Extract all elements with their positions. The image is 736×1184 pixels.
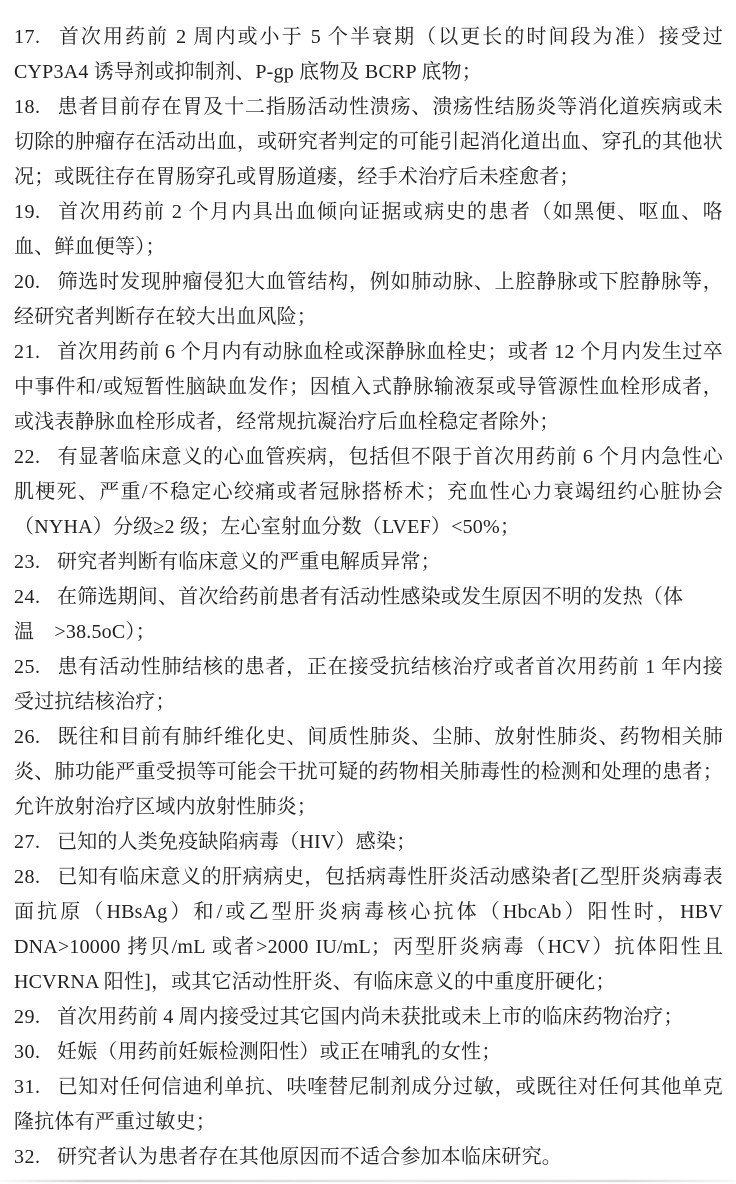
list-item: 24.在筛选期间、首次给药前患者有活动性感染或发生原因不明的发热（体 温 >38… [14, 580, 723, 650]
item-number: 25. [14, 650, 57, 685]
item-number: 31. [14, 1070, 57, 1105]
item-text: 首次用药前 2 个月内具出血倾向证据或病史的患者（如黑便、呕血、咯血、鲜血便等）… [14, 201, 723, 258]
item-text: 在筛选期间、首次给药前患者有活动性感染或发生原因不明的发热（体 温 >38.5o… [14, 586, 683, 643]
item-number: 20. [14, 265, 57, 300]
item-text: 研究者认为患者存在其他原因而不适合参加本临床研究。 [57, 1146, 562, 1168]
item-text: 患有活动性肺结核的患者，正在接受抗结核治疗或者首次用药前 1 年内接受过抗结核治… [14, 656, 723, 713]
item-text: 首次用药前 2 周内或小于 5 个半衰期（以更长的时间段为准）接受过 CYP3A… [14, 26, 728, 83]
item-text: 既往和目前有肺纤维化史、间质性肺炎、尘肺、放射性肺炎、药物相关肺炎、肺功能严重受… [14, 726, 723, 818]
item-number: 22. [14, 440, 57, 475]
criteria-list: 17.首次用药前 2 周内或小于 5 个半衰期（以更长的时间段为准）接受过 CY… [14, 20, 723, 1175]
item-text: 有显著临床意义的心血管疾病，包括但不限于首次用药前 6 个月内急性心肌梗死、严重… [14, 446, 723, 538]
item-number: 19. [14, 195, 57, 230]
list-item: 30.妊娠（用药前妊娠检测阳性）或正在哺乳的女性； [14, 1035, 723, 1070]
item-number: 18. [14, 90, 57, 125]
item-number: 26. [14, 720, 57, 755]
list-item: 23.研究者判断有临床意义的严重电解质异常； [14, 545, 723, 580]
document-page: 17.首次用药前 2 周内或小于 5 个半衰期（以更长的时间段为准）接受过 CY… [0, 0, 736, 1184]
item-text: 首次用药前 6 个月内有动脉血栓或深静脉血栓史；或者 12 个月内发生过卒中事件… [14, 341, 723, 433]
list-item: 27.已知的人类免疫缺陷病毒（HIV）感染； [14, 825, 723, 860]
item-number: 23. [14, 545, 57, 580]
item-number: 21. [14, 335, 57, 370]
list-item: 19.首次用药前 2 个月内具出血倾向证据或病史的患者（如黑便、呕血、咯血、鲜血… [14, 195, 723, 265]
item-number: 30. [14, 1035, 57, 1070]
item-text: 已知对任何信迪利单抗、呋喹替尼制剂成分过敏，或既往对任何其他单克隆抗体有严重过敏… [14, 1076, 723, 1133]
item-text: 患者目前存在胃及十二指肠活动性溃疡、溃疡性结肠炎等消化道疾病或未切除的肿瘤存在活… [14, 96, 723, 188]
item-text: 已知的人类免疫缺陷病毒（HIV）感染； [57, 831, 416, 853]
item-text: 筛选时发现肿瘤侵犯大血管结构，例如肺动脉、上腔静脉或下腔静脉等，经研究者判断存在… [14, 271, 723, 328]
item-number: 32. [14, 1140, 57, 1175]
scan-artifact-bottom-edge [0, 1180, 736, 1182]
item-number: 27. [14, 825, 57, 860]
list-item: 28.已知有临床意义的肝病病史，包括病毒性肝炎活动感染者[乙型肝炎病毒表面抗原（… [14, 860, 723, 1000]
item-number: 28. [14, 860, 57, 895]
list-item: 26.既往和目前有肺纤维化史、间质性肺炎、尘肺、放射性肺炎、药物相关肺炎、肺功能… [14, 720, 723, 825]
list-item: 32.研究者认为患者存在其他原因而不适合参加本临床研究。 [14, 1140, 723, 1175]
list-item: 17.首次用药前 2 周内或小于 5 个半衰期（以更长的时间段为准）接受过 CY… [14, 20, 723, 90]
item-text: 已知有临床意义的肝病病史，包括病毒性肝炎活动感染者[乙型肝炎病毒表面抗原（HBs… [14, 866, 728, 993]
list-item: 31.已知对任何信迪利单抗、呋喹替尼制剂成分过敏，或既往对任何其他单克隆抗体有严… [14, 1070, 723, 1140]
item-text: 首次用药前 4 周内接受过其它国内尚未获批或未上市的临床药物治疗； [57, 1006, 684, 1028]
list-item: 18.患者目前存在胃及十二指肠活动性溃疡、溃疡性结肠炎等消化道疾病或未切除的肿瘤… [14, 90, 723, 195]
list-item: 29.首次用药前 4 周内接受过其它国内尚未获批或未上市的临床药物治疗； [14, 1000, 723, 1035]
item-text: 妊娠（用药前妊娠检测阳性）或正在哺乳的女性； [57, 1041, 501, 1063]
list-item: 22.有显著临床意义的心血管疾病，包括但不限于首次用药前 6 个月内急性心肌梗死… [14, 440, 723, 545]
list-item: 25.患有活动性肺结核的患者，正在接受抗结核治疗或者首次用药前 1 年内接受过抗… [14, 650, 723, 720]
item-text: 研究者判断有临床意义的严重电解质异常； [57, 551, 441, 573]
list-item: 20.筛选时发现肿瘤侵犯大血管结构，例如肺动脉、上腔静脉或下腔静脉等，经研究者判… [14, 265, 723, 335]
item-number: 24. [14, 580, 57, 615]
list-item: 21.首次用药前 6 个月内有动脉血栓或深静脉血栓史；或者 12 个月内发生过卒… [14, 335, 723, 440]
item-number: 17. [14, 20, 57, 55]
item-number: 29. [14, 1000, 57, 1035]
